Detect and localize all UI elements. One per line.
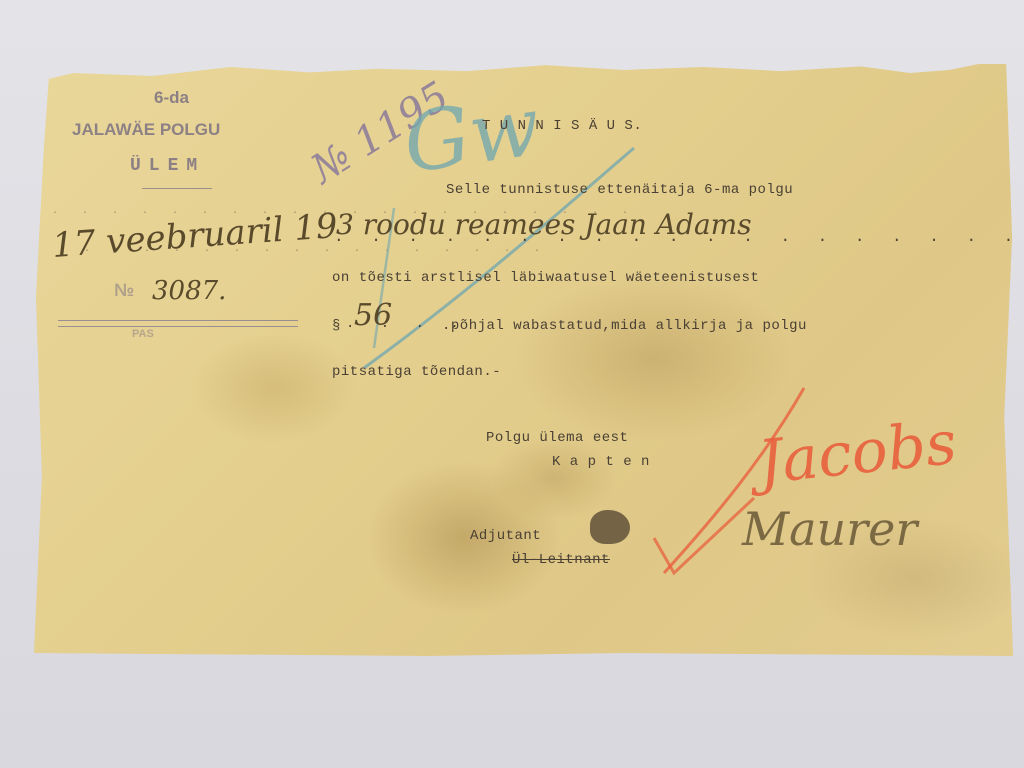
blue-pencil-stroke [334,118,654,378]
certificate-paper: 6-da JALAWÄE POLGU ÜLEM № PAS . . . . . … [34,58,1018,656]
adjutant-signature: Maurer [742,502,917,556]
name-dotted-line: . . . . . . . . . . . . . . . . . . . . … [334,228,1024,246]
ink-blot [590,510,630,544]
commander-label: Polgu ülema eest [486,430,628,446]
body-line-1: Selle tunnistuse ettenäitaja 6-ma polgu [446,182,793,198]
stamp-line-3: ÜLEM [130,156,205,176]
adjutant-label: Adjutant [470,528,541,544]
document-title: T U N N I S Ä U S. [482,118,642,134]
stamp-divider [142,188,212,189]
body-line-3: on tõesti arstlisel läbiwaatusel wäeteen… [332,270,759,286]
stamp-line-2: JALAWÄE POLGU [72,120,220,140]
body-line-4: .põhjal wabastatud,mida allkirja ja polg… [442,318,807,334]
stamp-footer: PAS [132,328,154,340]
handwritten-number: 3087. [152,276,226,306]
stamp-rule-2 [58,326,298,327]
paragraph-sign: § [332,318,341,334]
body-line-5: pitsatiga tõendan.- [332,364,501,380]
stamp-number-prefix: № [114,280,134,301]
adjutant-rank: Ül-Leitnant [512,552,610,568]
stamp-rule-1 [58,320,298,321]
stamp-line-1: 6-da [154,88,189,108]
